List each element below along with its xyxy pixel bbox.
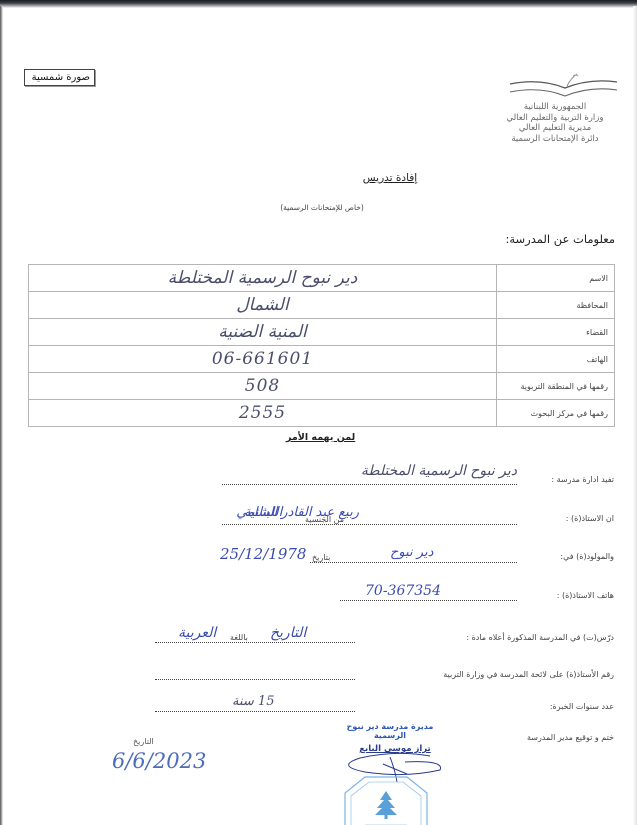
date-handwritten: 6/6/2023	[112, 749, 206, 773]
signature-row: ختم و توقيع مدير المدرسة	[0, 0, 614, 825]
signature-label: ختم و توقيع مدير المدرسة	[527, 733, 614, 742]
stamp-school-line: مديرة مدرسة دير نبوح الرسمية	[330, 722, 450, 740]
scan-right-edge	[633, 6, 637, 825]
date-label: التاريخ	[133, 737, 154, 746]
official-seal-icon	[343, 775, 429, 825]
